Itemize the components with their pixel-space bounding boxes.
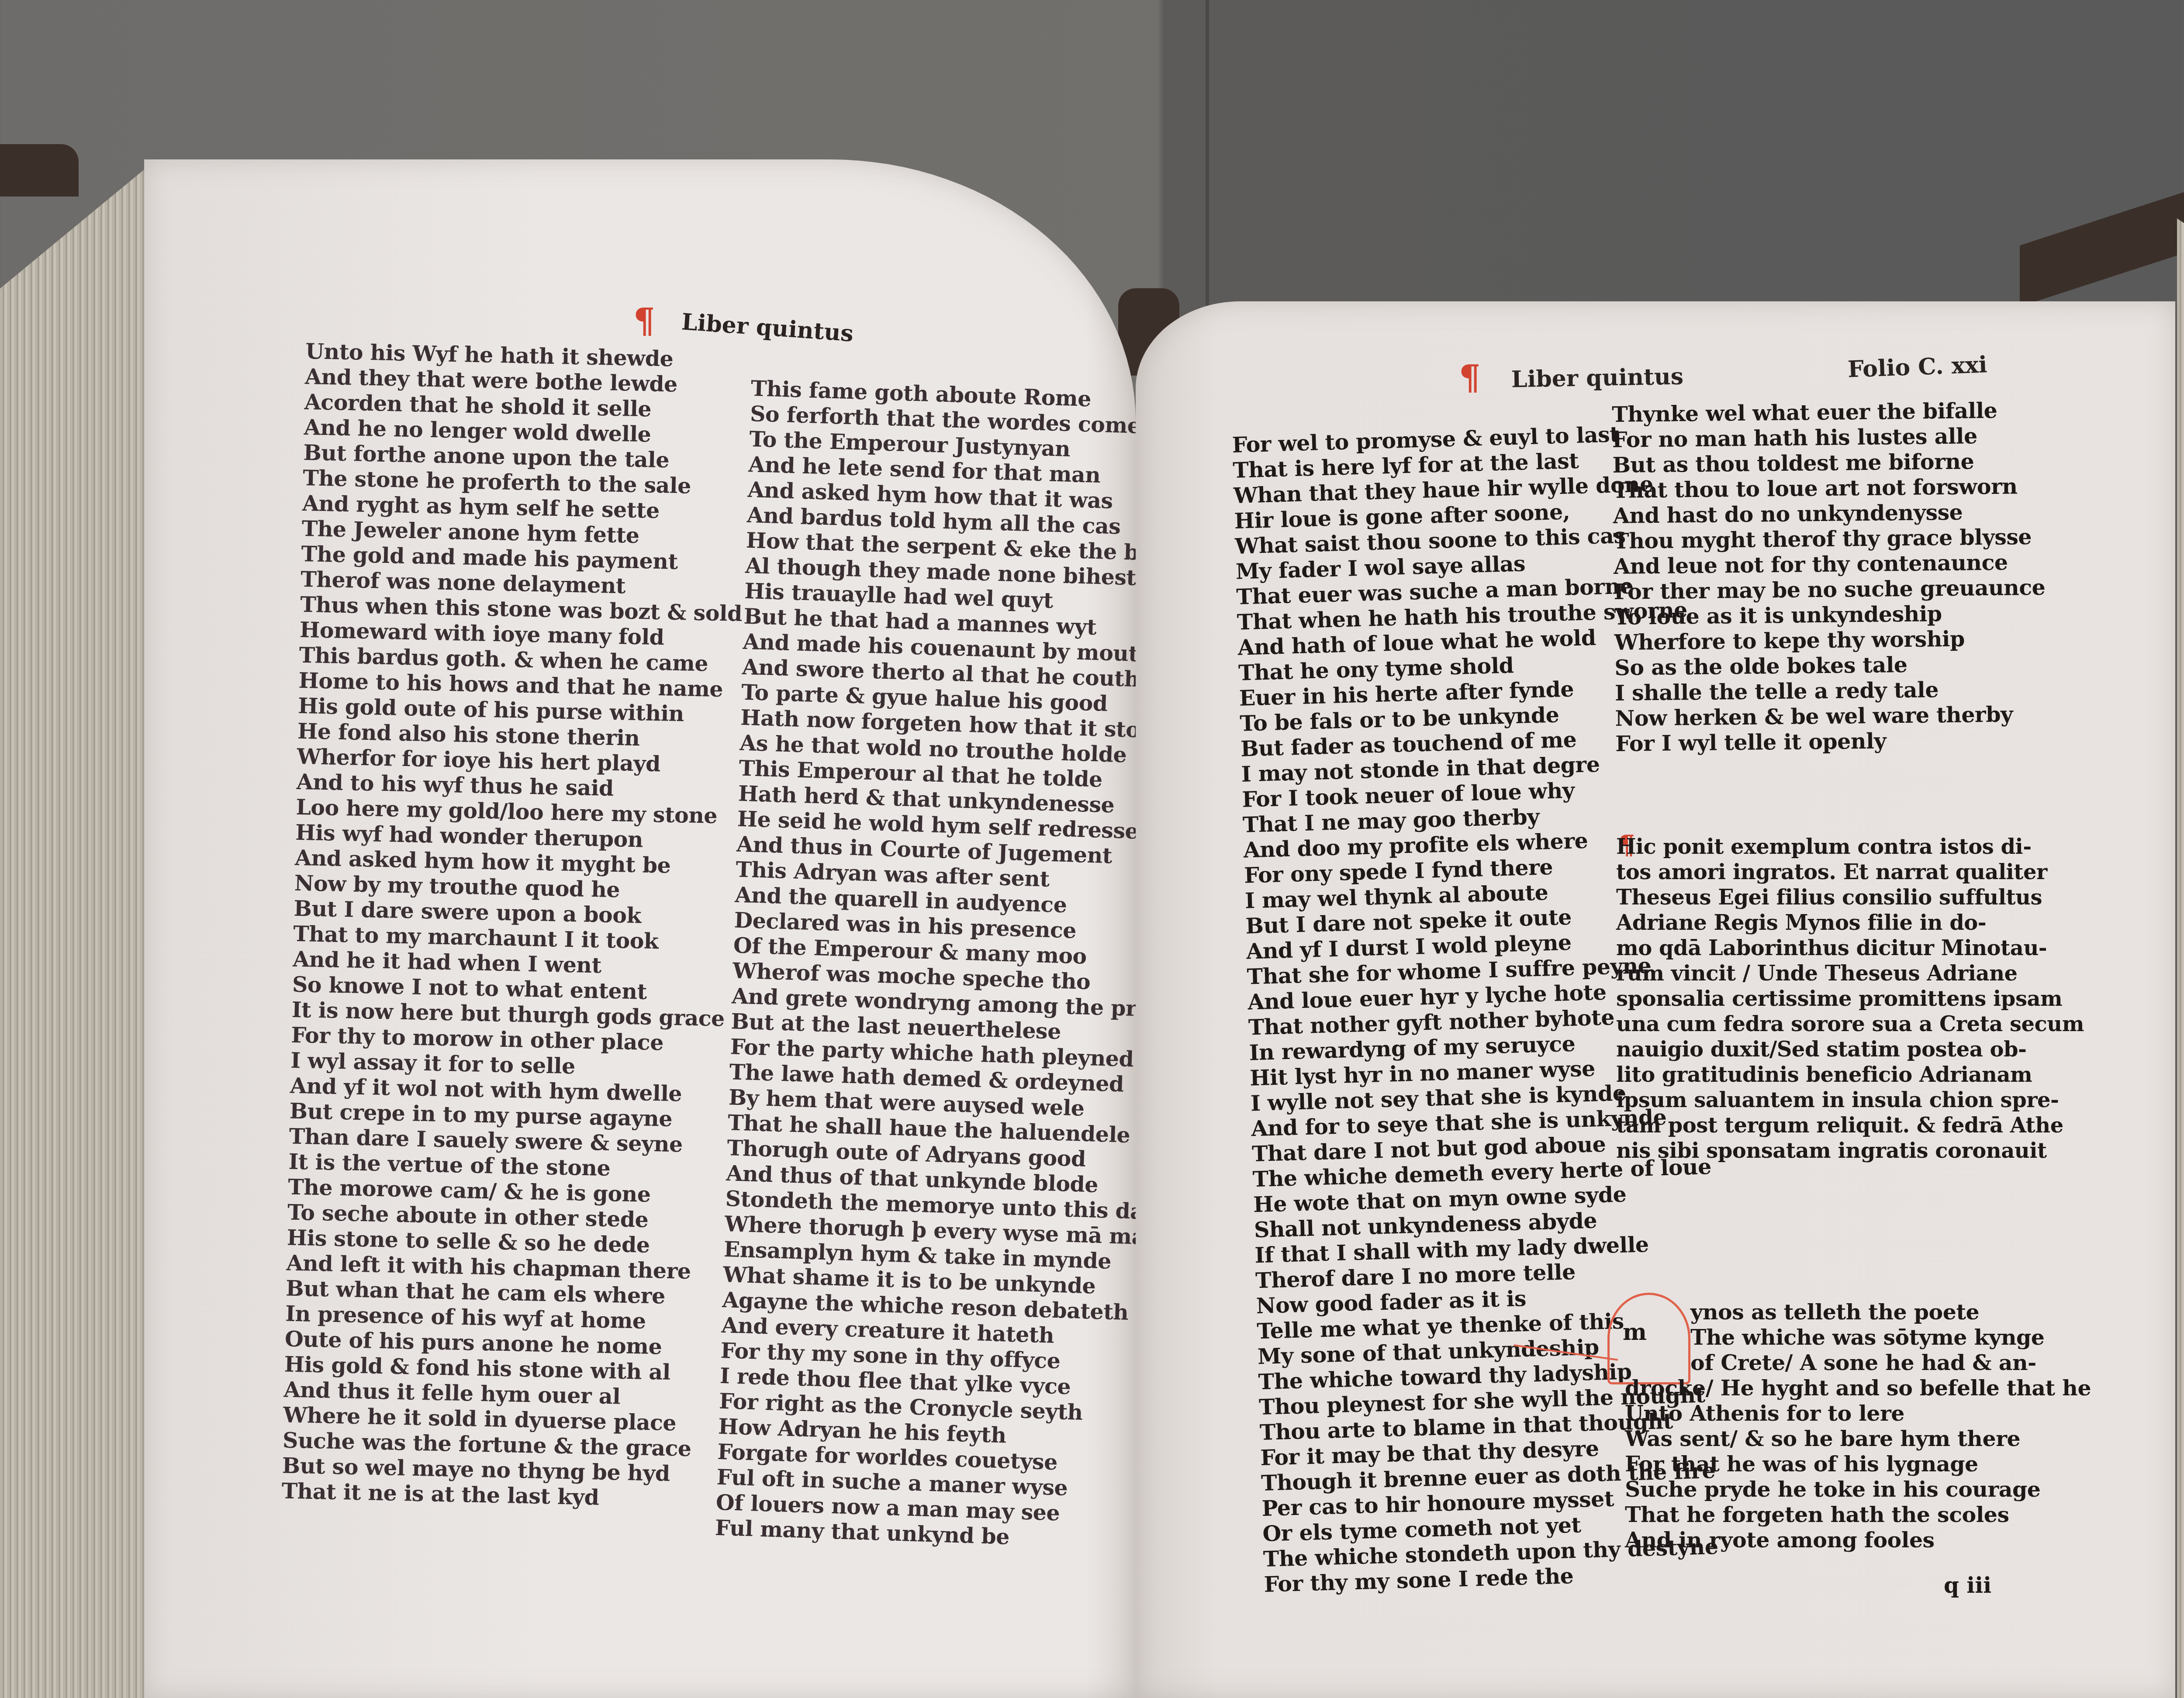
text-line: Theseus Egei filius consilio suffultus: [1616, 885, 2084, 910]
text-line: Hic ponit exemplum contra istos di-: [1616, 834, 2084, 859]
rubric-pilcrow-left: ¶: [633, 301, 655, 341]
text-line: That thou to loue art not forsworn: [1613, 473, 2044, 503]
text-line: Thynke wel what euer the bifalle: [1612, 397, 2043, 427]
leather-binding-right: [2020, 166, 2184, 307]
text-line: Thou myght therof thy grace blysse: [1613, 524, 2045, 554]
text-line: Adriane Regis Mynos filie in do-: [1616, 910, 2084, 935]
text-line: For that he was of his lygnage: [1625, 1451, 2091, 1477]
text-line: Suche pryde he toke in his courage: [1625, 1477, 2091, 1502]
page-stack-right: [2177, 218, 2184, 1698]
text-line: Wherfore to kepe thy worship: [1614, 625, 2046, 655]
text-line: ipsum saluantem in insula chion spre-: [1616, 1087, 2084, 1113]
running-head-right: Liber quintus: [1511, 363, 1683, 393]
backdrop-seam: [1206, 0, 1209, 314]
text-line: una cum fedra sorore sua a Creta secum: [1616, 1011, 2084, 1037]
text-line: Unto Athenis for to lere: [1625, 1401, 2091, 1426]
latin-marginal-gloss: Hic ponit exemplum contra istos di-tos a…: [1616, 834, 2084, 1163]
signature-mark: q iii: [1944, 1572, 1991, 1598]
text-line: But as thou toldest me biforne: [1612, 448, 2044, 478]
text-line: And hast do no unkyndenysse: [1613, 499, 2044, 528]
text-line: lito gratitudinis beneficio Adrianam: [1616, 1062, 2084, 1087]
text-line: of Crete/ A sone he had & an-: [1625, 1350, 2091, 1375]
text-line: And leue not for thy contenaunce: [1614, 549, 2045, 579]
left-page-column-2: This fame goth aboute RomeSo ferforth th…: [715, 376, 1195, 1554]
page-stack-left: [0, 166, 149, 1698]
right-page-verse-column-2: Thynke wel what euer the bifalleFor no m…: [1612, 397, 2047, 756]
text-line: I shalle the telle a redy tale: [1615, 676, 2046, 706]
text-line: That he forgeten hath the scoles: [1625, 1502, 2091, 1527]
text-line: nis sibi sponsatam ingratis coronauit: [1616, 1138, 2084, 1163]
text-line: tos amori ingratos. Et narrat qualiter: [1616, 859, 2084, 885]
text-line: mo qdā Laborinthus dicitur Minotau-: [1616, 935, 2084, 961]
text-line: sponsalia certissime promittens ipsam: [1616, 986, 2084, 1011]
text-line: ynos as telleth the poete: [1625, 1299, 2091, 1325]
folio-number: Folio C. xxi: [1847, 351, 1987, 383]
leather-binding-left: [0, 144, 79, 197]
text-line: So as the olde bokes tale: [1614, 651, 2046, 680]
text-line: For no man hath his lustes alle: [1612, 423, 2044, 452]
text-line: rum vincit / Unde Theseus Adriane: [1616, 961, 2084, 986]
text-line: And in ryote among fooles: [1625, 1527, 2091, 1553]
left-page-column-1: Unto his Wyf he hath it shewdeAnd they t…: [281, 338, 747, 1513]
text-line: To loue as it is unkyndeship: [1614, 600, 2046, 630]
text-line: The whiche was sōtyme kynge: [1625, 1325, 2091, 1350]
text-line: Was sent/ & so he bare hym there: [1625, 1426, 2091, 1451]
text-line: For ther may be no suche greuaunce: [1614, 575, 2045, 604]
text-line: nauigio duxit/Sed statim postea ob-: [1616, 1037, 2084, 1062]
text-line: drocke/ He hyght and so befelle that he: [1625, 1375, 2091, 1401]
text-line: For I wyl telle it openly: [1615, 727, 2047, 756]
tale-of-minos-column: ynos as telleth the poeteThe whiche was …: [1625, 1299, 2091, 1553]
text-line: tam post tergum reliquit. & fedrā Athe: [1616, 1113, 2084, 1138]
text-line: Now herken & be wel ware therby: [1615, 701, 2046, 731]
rubric-pilcrow-right: ¶: [1459, 358, 1481, 398]
